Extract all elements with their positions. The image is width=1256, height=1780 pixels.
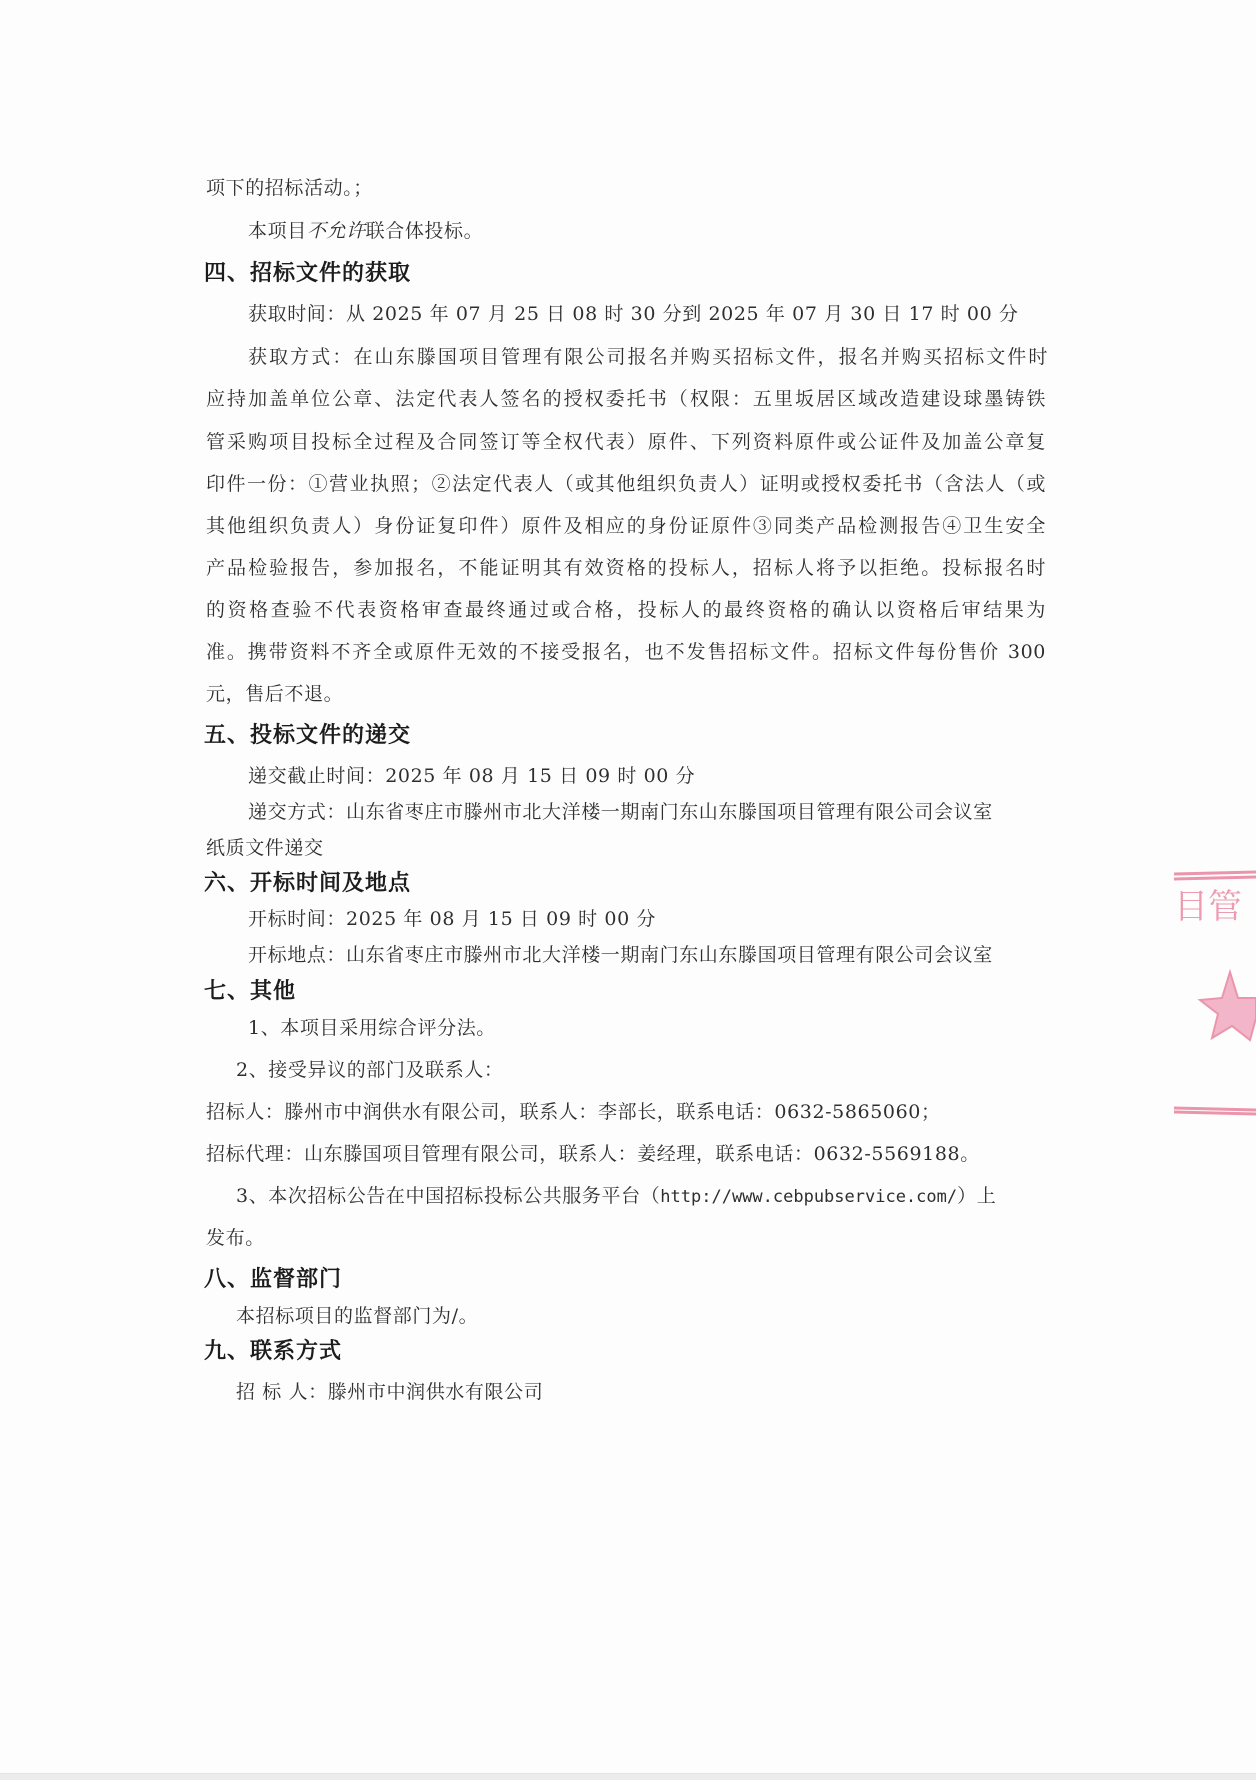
acquisition-method-line-9: 元，售后不退。 — [206, 682, 343, 706]
other-item-3-line-2: 发布。 — [206, 1226, 265, 1250]
official-seal-stamp: 目管 — [1172, 868, 1256, 1118]
joint-bid-prefix: 本项目 — [248, 220, 307, 242]
acquisition-method-line-5: 其他组织负责人）身份证复印件）原件及相应的身份证原件③同类产品检测报告④卫生安全 — [206, 514, 1046, 538]
section-9-heading: 九、联系方式 — [204, 1338, 342, 1366]
acquisition-method-line-8: 准。携带资料不齐全或原件无效的不接受报名，也不发售招标文件。招标文件每份售价 3… — [206, 640, 1046, 664]
contact-tenderer-label: 招 标 人： — [236, 1381, 328, 1403]
section-4-heading: 四、招标文件的获取 — [204, 260, 411, 288]
agent-contact: 招标代理：山东滕国项目管理有限公司，联系人：姜经理，联系电话：0632-5569… — [206, 1142, 980, 1166]
submission-method-line-2: 纸质文件递交 — [206, 836, 324, 860]
contact-tenderer-value: 滕州市中润供水有限公司 — [328, 1381, 544, 1403]
continuation-text: 项下的招标活动。； — [206, 176, 373, 200]
acquisition-method-line-4: 印件一份：①营业执照；②法定代表人（或其他组织负责人）证明或授权委托书（含法人（… — [206, 472, 1046, 496]
other-item-2: 2、接受异议的部门及联系人： — [236, 1058, 504, 1082]
joint-bid-statement: 本项目不允许联合体投标。 — [248, 219, 483, 243]
acquisition-method-line-3: 管采购项目投标全过程及合同签订等全权代表）原件、下列资料原件或公证件及加盖公章复 — [206, 430, 1046, 454]
section-5-heading: 五、投标文件的递交 — [204, 722, 411, 750]
tenderer-contact: 招标人：滕州市中润供水有限公司，联系人：李部长，联系电话：0632-586506… — [206, 1100, 941, 1124]
contact-tenderer: 招 标 人：滕州市中润供水有限公司 — [236, 1380, 543, 1404]
section-6-heading: 六、开标时间及地点 — [204, 870, 411, 898]
section-8-heading: 八、监督部门 — [204, 1266, 342, 1294]
seal-star-icon: 目管 — [1172, 868, 1256, 1118]
other-item-3: 3、本次招标公告在中国招标投标公共服务平台（http://www.cebpubs… — [236, 1184, 996, 1209]
opening-time: 开标时间：2025 年 08 月 15 日 09 时 00 分 — [248, 907, 656, 931]
joint-bid-suffix: 联合体投标。 — [366, 220, 484, 242]
acquisition-method-line-7: 的资格查验不代表资格审查最终通过或合格，投标人的最终资格的确认以资格后审结果为 — [206, 598, 1046, 622]
joint-bid-emphasis: 不允许 — [307, 220, 366, 242]
platform-url-link[interactable]: http://www.cebpubservice.com/ — [660, 1187, 957, 1207]
acquisition-time: 获取时间：从 2025 年 07 月 25 日 08 时 30 分到 2025 … — [248, 302, 1019, 326]
acquisition-method-line-1: 获取方式：在山东滕国项目管理有限公司报名并购买招标文件，报名并购买招标文件时 — [248, 345, 1048, 369]
page-bottom-edge — [0, 1773, 1256, 1780]
acquisition-method-line-6: 产品检验报告，参加报名，不能证明其有效资格的投标人，招标人将予以拒绝。投标报名时 — [206, 556, 1046, 580]
opening-place: 开标地点：山东省枣庄市滕州市北大洋楼一期南门东山东滕国项目管理有限公司会议室 — [248, 943, 993, 967]
supervision-text: 本招标项目的监督部门为/。 — [236, 1304, 478, 1328]
submission-method-line-1: 递交方式：山东省枣庄市滕州市北大洋楼一期南门东山东滕国项目管理有限公司会议室 — [248, 800, 993, 824]
submission-deadline: 递交截止时间：2025 年 08 月 15 日 09 时 00 分 — [248, 764, 695, 788]
document-page: 项下的招标活动。； 本项目不允许联合体投标。 四、招标文件的获取 获取时间：从 … — [0, 0, 1256, 1773]
svg-text:目管: 目管 — [1174, 887, 1242, 927]
section-7-heading: 七、其他 — [204, 978, 296, 1006]
acquisition-method-line-2: 应持加盖单位公章、法定代表人签名的授权委托书（权限：五里坂居区域改造建设球墨铸铁 — [206, 387, 1046, 411]
other-item-1: 1、本项目采用综合评分法。 — [248, 1016, 496, 1040]
